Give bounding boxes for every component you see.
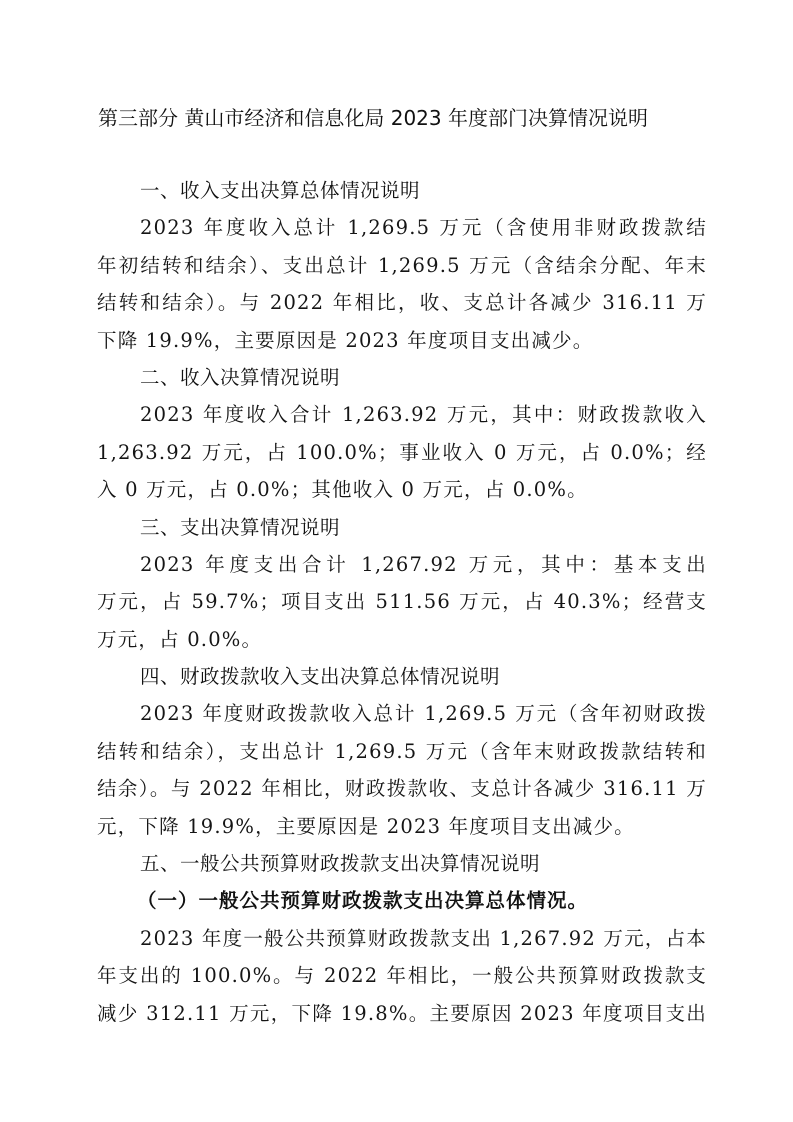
paragraph-line: 结转和结余），支出总计 1,269.5 万元（含年末财政拨款结转和 [97, 733, 707, 770]
section-heading: 一、收入支出决算总体情况说明 [97, 172, 707, 209]
section-1: 一、收入支出决算总体情况说明 2023 年度收入总计 1,269.5 万元（含使… [97, 172, 707, 359]
document-body: 一、收入支出决算总体情况说明 2023 年度收入总计 1,269.5 万元（含使… [97, 172, 707, 1032]
document-page: 第三部分 黄山市经济和信息化局 2023 年度部门决算情况说明 一、收入支出决算… [0, 0, 793, 1122]
section-5: 五、一般公共预算财政拨款支出决算情况说明 （一）一般公共预算财政拨款支出决算总体… [97, 845, 707, 1032]
paragraph-line: 结转和结余）。与 2022 年相比，收、支总计各减少 316.11 万元， [97, 284, 707, 321]
paragraph-line: 2023 年度一般公共预算财政拨款支出 1,267.92 万元，占本 [97, 920, 707, 957]
page-title: 第三部分 黄山市经济和信息化局 2023 年度部门决算情况说明 [98, 103, 648, 133]
section-heading: 五、一般公共预算财政拨款支出决算情况说明 [97, 845, 707, 882]
section-heading: 四、财政拨款收入支出决算总体情况说明 [97, 658, 707, 695]
paragraph-line: 万元，占 59.7%；项目支出 511.56 万元，占 40.3%；经营支出 0 [97, 583, 707, 620]
paragraph-line: 2023 年度收入总计 1,269.5 万元（含使用非财政拨款结余、 [97, 209, 707, 246]
paragraph-line: 减少 312.11 万元，下降 19.8%。主要原因 2023 年度项目支出减 [97, 995, 707, 1032]
paragraph-line: 1,263.92 万元，占 100.0%；事业收入 0 万元，占 0.0%；经营… [97, 434, 707, 471]
section-2: 二、收入决算情况说明 2023 年度收入合计 1,263.92 万元，其中：财政… [97, 359, 707, 509]
section-3: 三、支出决算情况说明 2023 年度支出合计 1,267.92 万元，其中：基本… [97, 509, 707, 659]
paragraph-line: 结余）。与 2022 年相比，财政拨款收、支总计各减少 316.11 万 [97, 770, 707, 807]
paragraph-line: 年支出的 100.0%。与 2022 年相比，一般公共预算财政拨款支出 [97, 957, 707, 994]
paragraph-line: 2023 年度收入合计 1,263.92 万元，其中：财政拨款收入 [97, 396, 707, 433]
paragraph-line: 年初结转和结余）、支出总计 1,269.5 万元（含结余分配、年末 [97, 247, 707, 284]
section-heading: 三、支出决算情况说明 [97, 509, 707, 546]
paragraph-line: 2023 年度财政拨款收入总计 1,269.5 万元（含年初财政拨款 [97, 695, 707, 732]
section-4: 四、财政拨款收入支出决算总体情况说明 2023 年度财政拨款收入总计 1,269… [97, 658, 707, 845]
paragraph-line: 2023 年度支出合计 1,267.92 万元，其中：基本支出 756.36 [97, 546, 707, 583]
paragraph-line: 万元，占 0.0%。 [97, 621, 707, 658]
paragraph-line: 下降 19.9%，主要原因是 2023 年度项目支出减少。 [97, 322, 707, 359]
section-subheading: （一）一般公共预算财政拨款支出决算总体情况。 [97, 882, 707, 919]
section-heading: 二、收入决算情况说明 [97, 359, 707, 396]
paragraph-line: 元，下降 19.9%，主要原因是 2023 年度项目支出减少。 [97, 808, 707, 845]
paragraph-line: 入 0 万元，占 0.0%；其他收入 0 万元，占 0.0%。 [97, 471, 707, 508]
